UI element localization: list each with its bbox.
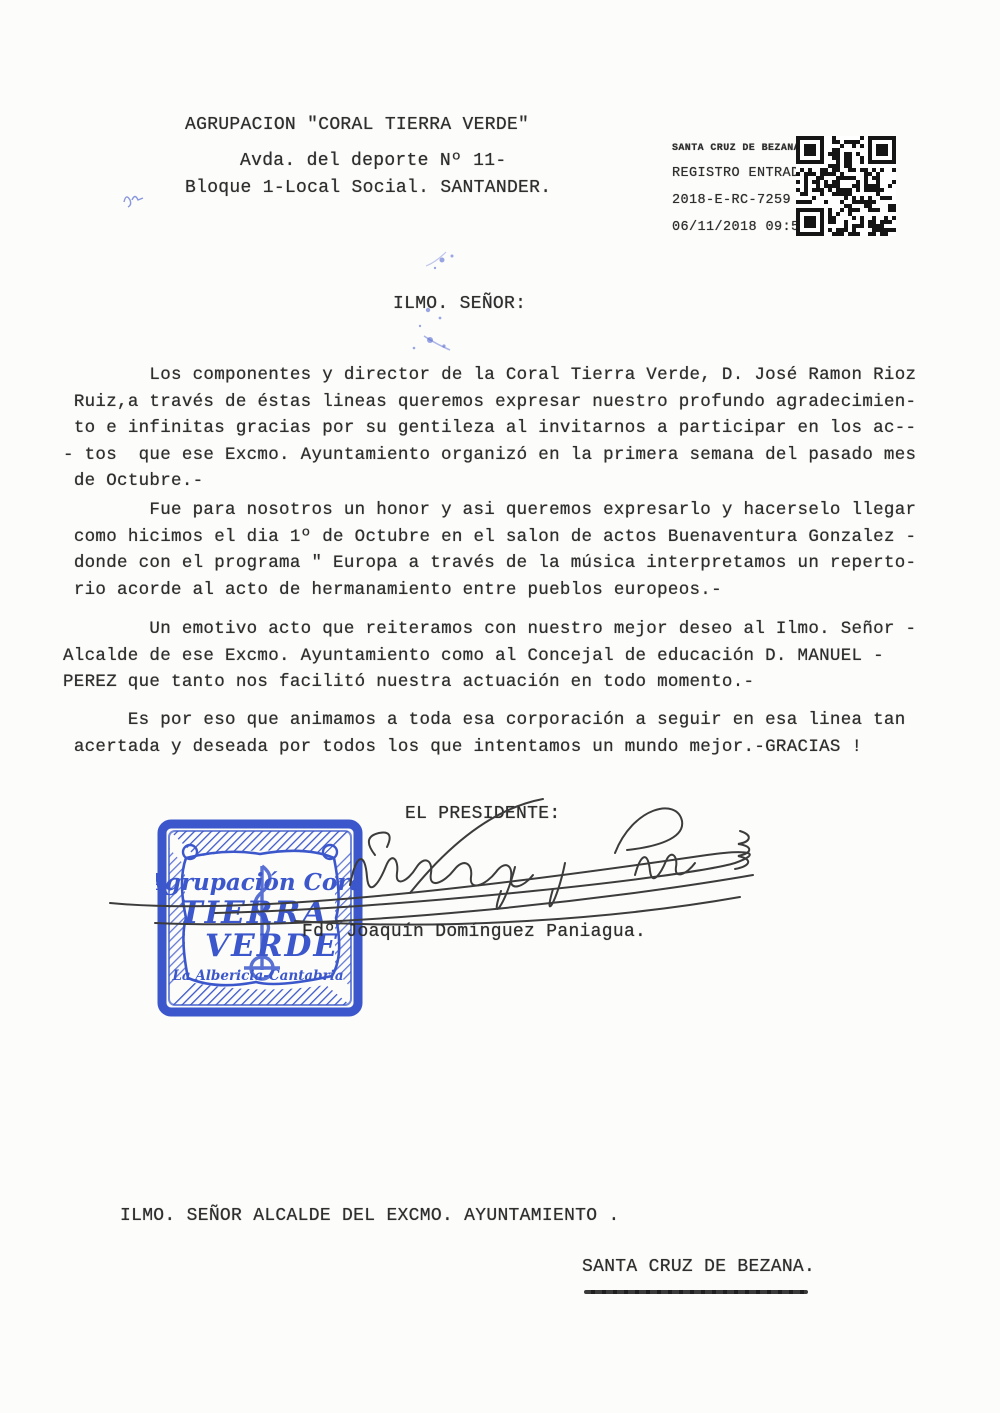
- signer-name: Fdº Joaquín Domínguez Paniagua.: [302, 922, 646, 942]
- qr-code-icon: [796, 136, 896, 236]
- registry-entry-number: 2018-E-RC-7259: [672, 193, 791, 208]
- paragraph-2: Fue para nosotros un honor y asi queremo…: [63, 497, 943, 603]
- letterhead-address-line1: Avda. del deporte Nº 11-: [240, 151, 506, 171]
- footer-place: SANTA CRUZ DE BEZANA.: [582, 1257, 815, 1277]
- salutation: ILMO. SEÑOR:: [393, 294, 526, 314]
- registry-type: REGISTRO ENTRADA: [672, 166, 808, 181]
- registry-datetime: 06/11/2018 09:54: [672, 220, 808, 235]
- registry-municipality: SANTA CRUZ DE BEZANA: [672, 143, 800, 154]
- pen-squiggle-mark: [118, 188, 154, 212]
- paragraph-1: Los componentes y director de la Coral T…: [63, 362, 943, 495]
- letterhead-address-line2: Bloque 1-Local Social. SANTANDER.: [185, 178, 551, 198]
- paragraph-3: Un emotivo acto que reiteramos con nuest…: [63, 616, 943, 696]
- paragraph-4: Es por eso que animamos a toda esa corpo…: [63, 707, 943, 760]
- handwritten-signature: [95, 795, 795, 935]
- seal-text-line4: La Albericia-Cantabria: [171, 968, 343, 984]
- footer-addressee: ILMO. SEÑOR ALCALDE DEL EXCMO. AYUNTAMIE…: [120, 1206, 620, 1226]
- letterhead-org: AGRUPACION "CORAL TIERRA VERDE": [185, 115, 529, 135]
- scanned-letter-page: AGRUPACION "CORAL TIERRA VERDE" Avda. de…: [0, 0, 1000, 1413]
- footer-place-underline: [584, 1290, 808, 1294]
